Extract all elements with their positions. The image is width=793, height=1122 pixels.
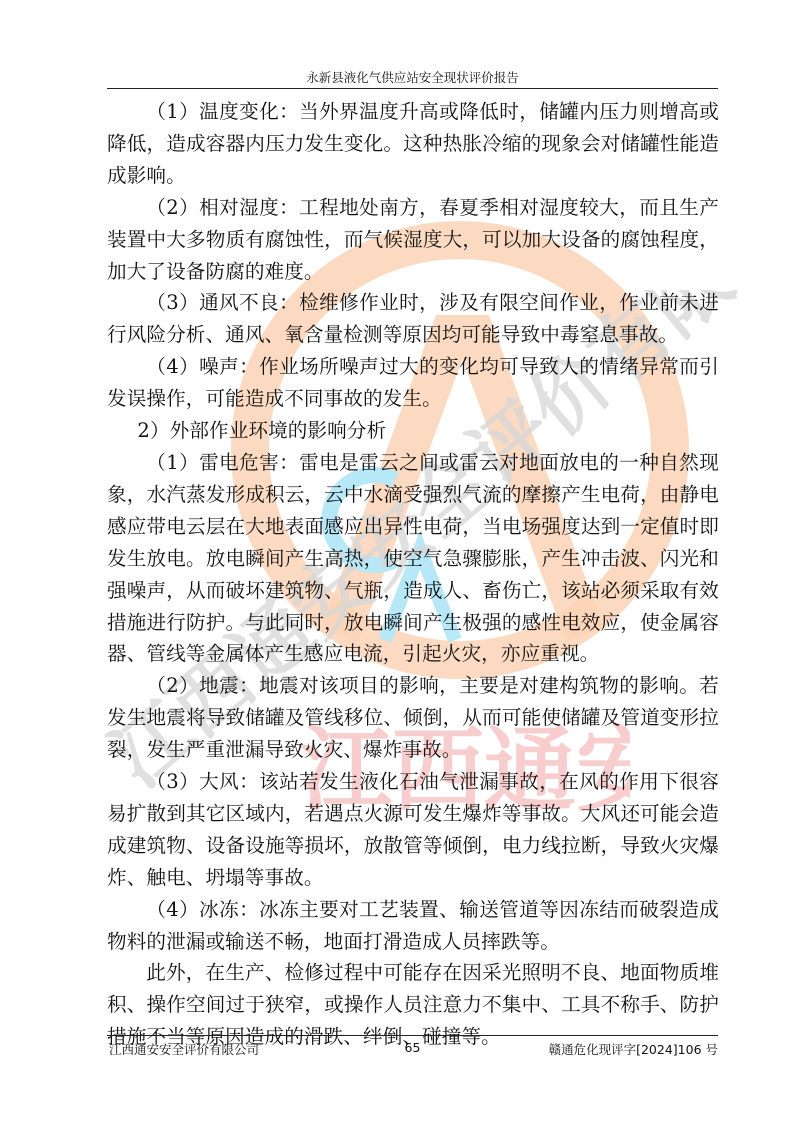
paragraph-humidity: （2）相对湿度：工程地处南方，春夏季相对湿度较大，而且生产装置中大多物质有腐蚀性… xyxy=(107,192,719,288)
paragraph-temperature: （1）温度变化：当外界温度升高或降低时，储罐内压力则增高或降低，造成容器内压力发… xyxy=(107,96,719,192)
footer-divider xyxy=(107,1035,718,1036)
paragraph-noise: （4）噪声：作业场所噪声过大的变化均可导致人的情绪异常而引发误操作，可能造成不同… xyxy=(107,351,719,415)
section-heading-external-environment: 2）外部作业环境的影响分析 xyxy=(107,415,719,447)
document-page: 江西通安安全评价有限公司 江西通安 永新县液化气供应站安全现状评价报告 （1）温… xyxy=(0,0,793,1122)
paragraph-earthquake: （2）地震：地震对该项目的影响，主要是对建构筑物的影响。若发生地震将导致储罐及管… xyxy=(107,670,719,766)
paragraph-freezing: （4）冰冻：冰冻主要对工艺装置、输送管道等因冻结而破裂造成物料的泄漏或输送不畅，… xyxy=(107,894,719,958)
paragraph-lightning: （1）雷电危害：雷电是雷云之间或雷云对地面放电的一种自然现象，水汽蒸发形成积云，… xyxy=(107,447,719,670)
running-header-title: 永新县液化气供应站安全现状评价报告 xyxy=(107,68,718,86)
body-text: （1）温度变化：当外界温度升高或降低时，储罐内压力则增高或降低，造成容器内压力发… xyxy=(107,96,719,1053)
paragraph-ventilation: （3）通风不良：检维修作业时，涉及有限空间作业，作业前未进行风险分析、通风、氧含… xyxy=(107,287,719,351)
paragraph-wind: （3）大风：该站若发生液化石油气泄漏事故，在风的作用下很容易扩散到其它区域内，若… xyxy=(107,766,719,894)
report-number: 赣通危化现评字[2024]106 号 xyxy=(549,1040,718,1058)
paragraph-other-hazards: 此外，在生产、检修过程中可能存在因采光照明不良、地面物质堆积、操作空间过于狭窄，… xyxy=(107,957,719,1053)
header-divider xyxy=(107,88,718,89)
